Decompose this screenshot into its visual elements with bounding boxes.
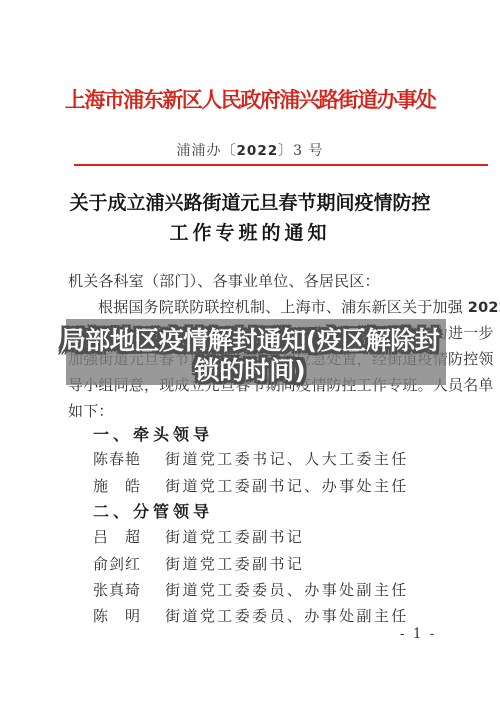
doc-number: 浦浦办〔2022〕3 号	[0, 140, 500, 160]
subject-line-1: 关于成立浦兴路街道元旦春节期间疫情防控	[0, 188, 500, 215]
section-heading-deputy: 二、分管领导	[93, 499, 213, 522]
member-row: 陈 明 街道党工委委员、办事处副主任	[93, 605, 493, 626]
member-title: 街道党工委书记、人大工委主任	[165, 448, 409, 469]
member-row: 俞剑红 街道党工委副书记	[93, 553, 493, 574]
body-line-1-text: 根据国务院联防联控机制、上海市、浦东新区关于加强	[98, 298, 463, 316]
section-heading-lead: 一、牵头领导	[93, 422, 213, 445]
page-number: - 1 -	[400, 626, 460, 642]
agency-title: 上海市浦东新区人民政府浦兴路街道办事处	[0, 84, 500, 114]
member-row: 吕 超 街道党工委副书记	[93, 526, 493, 547]
salutation: 机关各科室（部门）、各事业单位、各居民区：	[68, 270, 494, 291]
member-row: 施 皓 街道党工委副书记、办事处主任	[93, 475, 493, 496]
member-title: 街道党工委委员、办事处副主任	[165, 579, 409, 600]
member-row: 陈春艳 街道党工委书记、人大工委主任	[93, 448, 493, 469]
red-divider-rule	[74, 164, 488, 166]
document-page: 上海市浦东新区人民政府浦兴路街道办事处 浦浦办〔2022〕3 号 关于成立浦兴路…	[0, 0, 500, 707]
member-name: 俞剑红	[93, 553, 155, 574]
watermark-title-line-2: 锁的时间)	[0, 351, 500, 387]
member-name: 张真琦	[93, 579, 155, 600]
doc-number-year: 2022	[237, 143, 279, 159]
member-title: 街道党工委委员、办事处副主任	[165, 605, 409, 626]
doc-number-prefix: 浦浦办〔	[177, 143, 237, 159]
member-name: 施 皓	[93, 475, 155, 496]
member-title: 街道党工委副书记	[165, 526, 304, 547]
member-name: 陈春艳	[93, 448, 155, 469]
doc-number-suffix: 〕3 号	[278, 143, 323, 159]
member-name: 陈 明	[93, 605, 155, 626]
subject-line-2: 工作专班的通知	[0, 218, 500, 245]
member-name: 吕 超	[93, 526, 155, 547]
member-title: 街道党工委副书记	[165, 553, 304, 574]
body-line-5: 如下：	[68, 400, 494, 421]
body-line-1: 根据国务院联防联控机制、上海市、浦东新区关于加强 2022	[98, 296, 500, 317]
member-row: 张真琦 街道党工委委员、办事处副主任	[93, 579, 493, 600]
member-title: 街道党工委副书记、办事处主任	[165, 475, 409, 496]
body-line-1-year: 2022	[468, 300, 500, 316]
